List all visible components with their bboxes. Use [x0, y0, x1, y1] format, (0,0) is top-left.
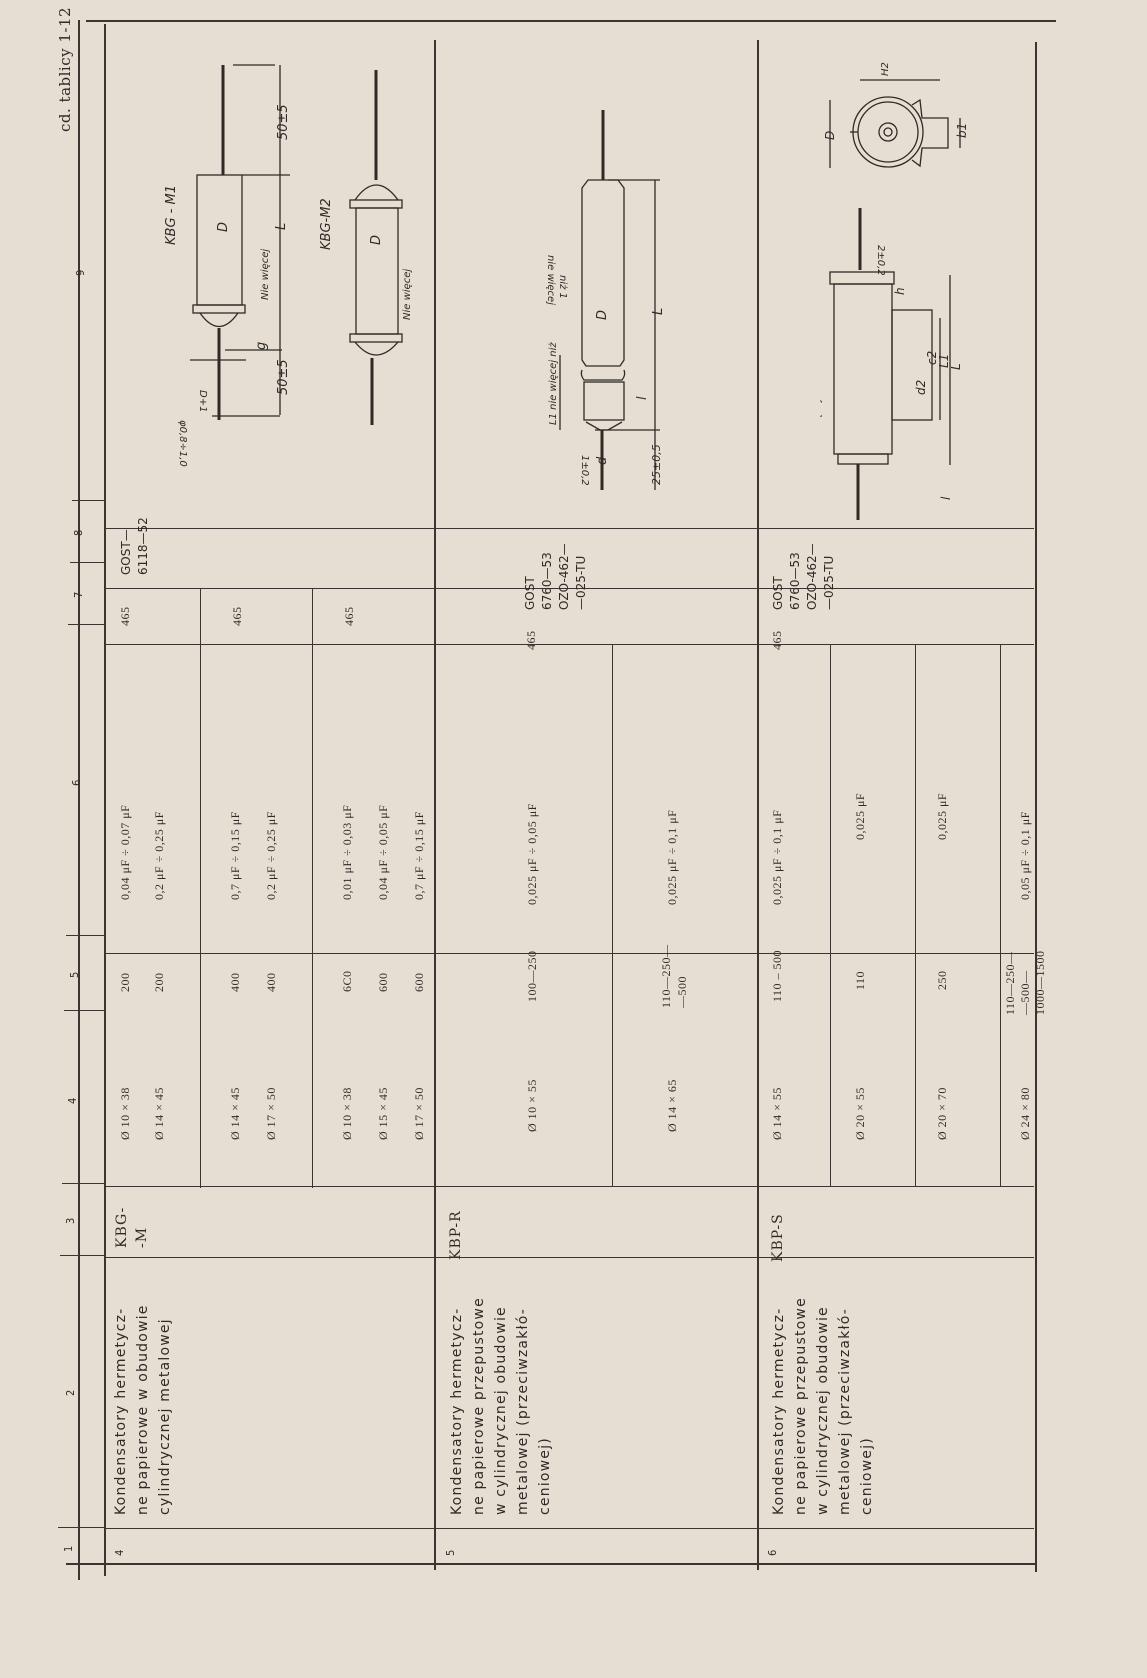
capacitance-cell: 0,025 μF ÷ 0,1 μF	[770, 810, 785, 905]
dimensions-cell: Ø 20 × 70	[935, 1087, 950, 1140]
column-header-4: 4	[66, 1098, 79, 1104]
svg-text:25±0,5: 25±0,5	[650, 444, 663, 485]
column-header-3: 3	[64, 1218, 77, 1224]
voltage-cell: 110 – 500	[770, 950, 785, 1002]
capacitance-cell: 0,025 μF	[935, 793, 950, 840]
voltage-cell: 6C0	[340, 970, 355, 992]
type-designation: KBG- -M	[112, 1207, 152, 1248]
capacitance-cell: 0,05 μF ÷ 0,1 μF	[1018, 811, 1033, 900]
column-separator	[104, 644, 1034, 645]
dimensions-cell: Ø 10 × 55	[525, 1079, 540, 1132]
row-description: Kondensatory hermetycz- ne papierowe w o…	[110, 1304, 176, 1515]
svg-text:D+1: D+1	[197, 390, 208, 412]
svg-text:g: g	[254, 342, 269, 350]
dimensions-cell: Ø 14 × 65	[665, 1079, 680, 1132]
frame-line	[78, 20, 80, 1580]
dimensions-cell: Ø 24 × 80	[1018, 1087, 1033, 1140]
svg-text:H2: H2	[880, 62, 891, 76]
capacitance-cell: 0,7 μF ÷ 0,15 μF	[412, 811, 427, 900]
svg-text:L: L	[949, 363, 963, 370]
capacitance-cell: 0,01 μF ÷ 0,03 μF	[340, 805, 355, 900]
svg-text:KBG - M1: KBG - M1	[164, 185, 179, 245]
svg-text:Nie więcej: Nie więcej	[402, 269, 413, 320]
row-number: 6	[766, 1550, 779, 1556]
standard-reference: GOST 6760—53 OZO-462— —025-TU	[522, 543, 590, 610]
header-sep	[64, 1010, 104, 1011]
kbp-s-drawing: D H2 b1 2±0,2 h L L1 c2 d2 l Nie więcej …	[820, 60, 1030, 520]
capacitance-cell: 0,2 μF ÷ 0,25 μF	[264, 811, 279, 900]
svg-text:L: L	[651, 308, 666, 315]
voltage-cell: 100—250	[525, 951, 540, 1003]
row-description: Kondensatory hermetycz- ne papierowe prz…	[446, 1297, 556, 1515]
dimensions-cell: Ø 20 × 55	[853, 1087, 868, 1140]
subgroup-separator	[1000, 644, 1001, 1186]
col7-cell: 465	[230, 607, 245, 627]
dimensions-cell: Ø 14 × 45	[152, 1087, 167, 1140]
voltage-cell: 200	[118, 973, 133, 993]
col7-cell: 465	[118, 607, 133, 627]
kbp-r-drawing: L D d l 25±0,5 L1 nie więcej niż nie wię…	[540, 110, 760, 490]
column-header-2: 2	[64, 1390, 77, 1396]
svg-text:b1: b1	[955, 123, 969, 138]
header-sep	[58, 1527, 104, 1528]
voltage-cell: 110	[853, 971, 868, 990]
svg-text:50±5: 50±5	[276, 359, 291, 395]
svg-text:d2: d2	[914, 380, 928, 395]
kbg-m-drawing: KBG - M1 KBG-M2 D D L 50±5 50±5 g Nie wi…	[130, 60, 420, 500]
svg-text:d: d	[595, 456, 610, 465]
column-header-5: 5	[68, 972, 81, 978]
standard-reference: GOST— 6118—52	[118, 517, 152, 575]
standard-reference: GOST 6760—53 OZO-462— —025-TU	[770, 543, 838, 610]
svg-text:50±5: 50±5	[276, 104, 291, 140]
column-separator	[104, 953, 1034, 954]
svg-text:D: D	[216, 222, 231, 232]
voltage-cell: 600	[376, 973, 391, 993]
capacitance-cell: 0,025 μF ÷ 0,1 μF	[665, 810, 680, 905]
dimensions-cell: Ø 10 × 38	[340, 1087, 355, 1140]
dimensions-cell: Ø 17 × 50	[264, 1087, 279, 1140]
header-sep	[66, 935, 104, 936]
voltage-cell: 400	[264, 973, 279, 993]
col7-cell: 465	[524, 631, 539, 651]
svg-text:L1: L1	[937, 354, 951, 368]
column-header-7: 7	[72, 592, 85, 598]
header-sep	[62, 1183, 104, 1184]
svg-text:KBG-M2: KBG-M2	[319, 198, 334, 250]
column-header-6: 6	[70, 780, 83, 786]
column-separator	[104, 528, 1034, 529]
svg-text:niż 1: niż 1	[557, 275, 568, 299]
svg-text:φ0,8÷1,0: φ0,8÷1,0	[177, 420, 188, 467]
header-sep	[70, 562, 104, 563]
subgroup-separator	[915, 644, 916, 1186]
frame-line	[1035, 42, 1037, 1572]
col7-cell: 465	[342, 607, 357, 627]
capacitance-cell: 0,025 μF	[853, 793, 868, 840]
frame-line	[104, 24, 106, 1576]
frame-line	[66, 1563, 1036, 1565]
capacitance-cell: 0,025 μF ÷ 0,05 μF	[525, 803, 540, 905]
voltage-cell: 600	[412, 973, 427, 993]
frame-line	[86, 20, 1056, 22]
row-number: 5	[444, 1550, 457, 1556]
header-sep	[68, 624, 104, 625]
svg-text:D: D	[369, 235, 384, 245]
col7-cell: 465	[770, 631, 785, 651]
voltage-cell: 250	[935, 971, 950, 991]
type-designation: KBP-R	[446, 1210, 466, 1260]
voltage-cell: 110—250— —500	[658, 944, 690, 1008]
column-header-8: 8	[72, 530, 85, 536]
row-description: Kondensatory hermetycz- ne papierowe prz…	[768, 1297, 878, 1515]
subgroup-separator	[200, 588, 201, 1188]
column-separator	[104, 1528, 1034, 1529]
dimensions-cell: Ø 17 × 50	[412, 1087, 427, 1140]
header-sep	[72, 500, 104, 501]
svg-text:l: l	[635, 396, 650, 400]
voltage-cell: 200	[152, 973, 167, 993]
capacitance-cell: 0,04 μF ÷ 0,05 μF	[376, 805, 391, 900]
subgroup-separator	[312, 588, 313, 1188]
svg-text:nie więcej: nie więcej	[545, 255, 556, 305]
column-separator	[104, 1257, 1034, 1258]
svg-text:Nie więcej: Nie więcej	[260, 249, 271, 300]
header-sep	[60, 1255, 104, 1256]
subgroup-separator	[830, 644, 831, 1186]
column-header-9: 9	[74, 270, 87, 276]
svg-text:Nie więcej niż 1: Nie więcej niż 1	[820, 372, 823, 450]
svg-text:c2: c2	[925, 351, 939, 365]
dimensions-cell: Ø 14 × 45	[228, 1087, 243, 1140]
svg-text:L: L	[274, 223, 289, 230]
capacitance-cell: 0,04 μF ÷ 0,07 μF	[118, 805, 133, 900]
dimensions-cell: Ø 10 × 38	[118, 1087, 133, 1140]
voltage-cell: 110—250— —500— 1000—1500	[1003, 951, 1048, 1016]
svg-text:L1 nie więcej niż: L1 nie więcej niż	[548, 342, 559, 425]
voltage-cell: 400	[228, 973, 243, 993]
capacitance-cell: 0,2 μF ÷ 0,25 μF	[152, 811, 167, 900]
column-separator	[104, 1186, 1034, 1187]
column-header-1: 1	[62, 1546, 75, 1552]
row-number: 4	[113, 1550, 126, 1556]
svg-text:h: h	[893, 287, 907, 295]
svg-text:D: D	[823, 131, 837, 140]
svg-text:2±0,2: 2±0,2	[875, 245, 886, 276]
column-separator	[104, 948, 105, 949]
table-continuation-caption: cd. tablicy 1-12	[56, 7, 74, 132]
svg-text:1±0,2: 1±0,2	[579, 455, 590, 486]
dimensions-cell: Ø 15 × 45	[376, 1087, 391, 1140]
svg-text:D: D	[595, 310, 610, 320]
dimensions-cell: Ø 14 × 55	[770, 1087, 785, 1140]
capacitance-cell: 0,7 μF ÷ 0,15 μF	[228, 811, 243, 900]
type-designation: KBP-S	[768, 1213, 788, 1262]
subgroup-separator	[612, 644, 613, 1186]
row-separator	[434, 40, 436, 1570]
svg-text:l: l	[939, 496, 953, 500]
